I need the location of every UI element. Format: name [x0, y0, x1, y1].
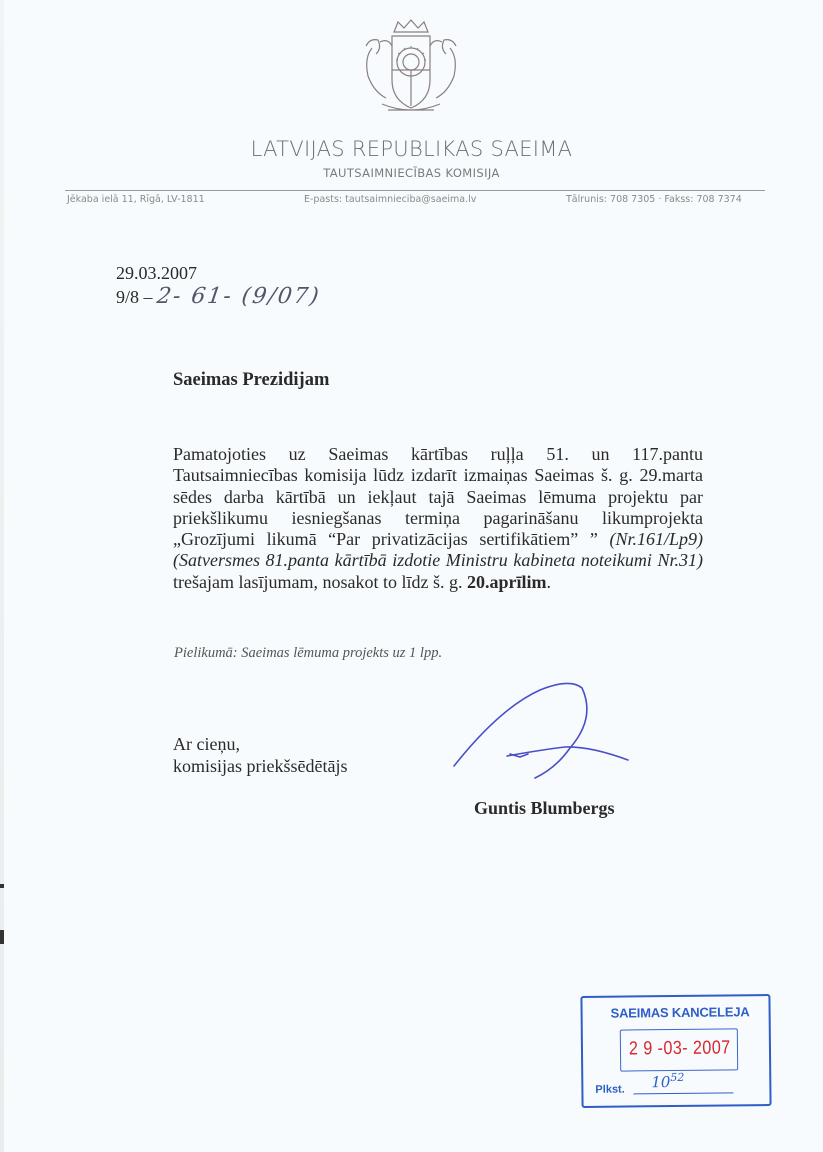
body-text-segment: . — [546, 572, 551, 592]
law-title: „Grozījumi likumā “Par privatizācijas se… — [173, 529, 609, 549]
scan-edge-mark — [0, 930, 4, 944]
deadline-date: 20.aprīlim — [467, 572, 547, 592]
body-line: (Satversmes 81.panta kārtībā izdotie Min… — [173, 550, 703, 571]
header-divider — [65, 190, 765, 191]
email: E-pasts: tautsaimnieciba@saeima.lv — [304, 194, 476, 205]
letter-body: Pamatojoties uz Saeimas kārtības ruļļa 5… — [173, 444, 703, 593]
closing: Ar cieņu, komisijas priekšsēdētājs — [173, 733, 347, 777]
bill-number: (Nr.161/Lp9) — [609, 529, 703, 549]
attachment-note: Pielikumā: Saeimas lēmuma projekts uz 1 … — [174, 645, 442, 662]
stamp-time-line — [633, 1092, 733, 1094]
closing-greeting: Ar cieņu, — [173, 733, 347, 755]
signature-icon — [440, 678, 640, 788]
body-line: trešajam lasījumam, nosakot to līdz š. g… — [173, 572, 703, 593]
recipient: Saeimas Prezidijam — [173, 370, 329, 391]
address: Jēkaba ielā 11, Rīgā, LV-1811 — [67, 194, 205, 205]
department-name: TAUTSAIMNIECĪBAS KOMISIJA — [0, 166, 823, 180]
organization-name: LATVIJAS REPUBLIKAS SAEIMA — [0, 137, 823, 161]
received-stamp: SAEIMAS KANCELEJA 2 9 -03- 2007 Plkst. 1… — [580, 994, 771, 1108]
handwritten-registration: 2- 61- (9/07) — [155, 284, 322, 309]
document-date: 29.03.2007 — [116, 263, 197, 284]
stamp-title: SAEIMAS KANCELEJA — [611, 1004, 750, 1020]
body-line: Pamatojoties uz Saeimas kārtības ruļļa 5… — [173, 444, 703, 465]
stamp-time-minutes: 52 — [670, 1071, 684, 1084]
registration-number: 9/8 – 2- 61- (9/07) — [116, 284, 320, 309]
body-line: „Grozījumi likumā “Par privatizācijas se… — [173, 529, 703, 550]
phone-fax: Tālrunis: 708 7305 · Fakss: 708 7374 — [566, 194, 742, 205]
signer-name: Guntis Blumbergs — [474, 798, 615, 819]
body-line: sēdes darba kārtībā un iekļaut tajā Saei… — [173, 487, 703, 508]
latvia-coat-of-arms-icon — [352, 18, 470, 120]
stamp-date-box: 2 9 -03- 2007 — [620, 1028, 738, 1071]
body-line: priekšlikumu iesniegšanas termiņa pagari… — [173, 508, 703, 529]
stamp-time-value: 1052 — [651, 1071, 684, 1091]
stamp-date: 2 9 -03- 2007 — [629, 1037, 731, 1060]
scan-edge-mark — [0, 884, 4, 888]
body-line: Tautsaimniecības komisija lūdz izdarīt i… — [173, 465, 703, 486]
registration-prefix: 9/8 – — [116, 287, 153, 307]
stamp-time-hours: 10 — [651, 1073, 670, 1091]
stamp-time-label: Plkst. — [595, 1084, 624, 1096]
body-text-segment: trešajam lasījumam, nosakot to līdz š. g… — [173, 572, 467, 592]
signer-title: komisijas priekšsēdētājs — [173, 755, 347, 777]
